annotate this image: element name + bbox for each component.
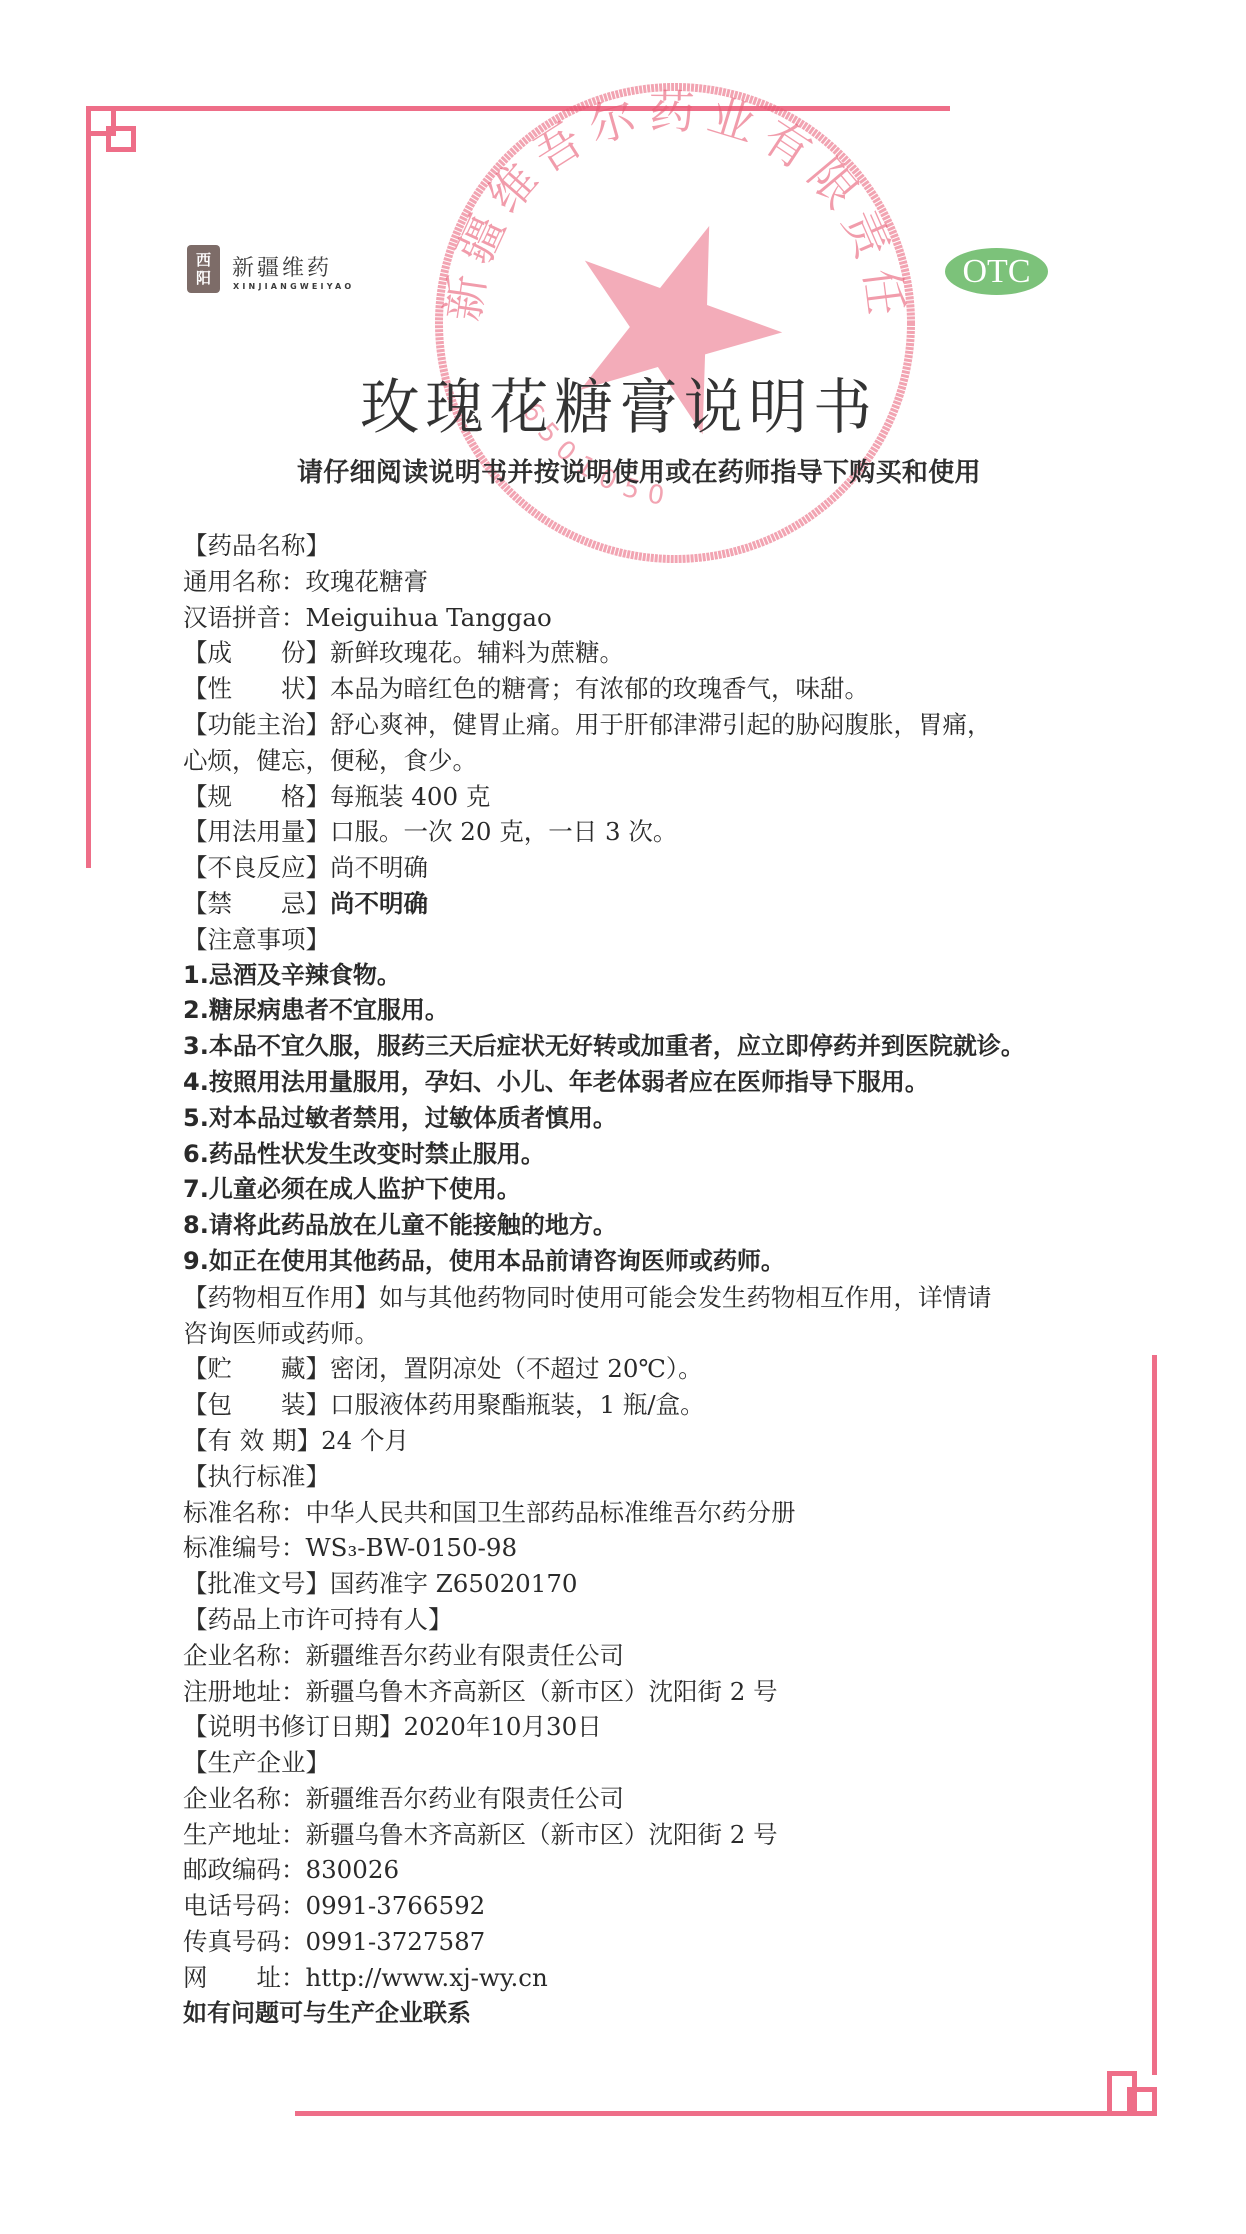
precaution-item-8: 8.请将此药品放在儿童不能接触的地方。 <box>183 1208 1113 1244</box>
document-title: 玫瑰花糖膏说明书 <box>352 360 886 446</box>
precaution-item-7: 7.儿童必须在成人监护下使用。 <box>183 1172 1113 1208</box>
frame-left-line <box>86 106 91 868</box>
pinyin-line: 汉语拼音：Meiguihua Tanggao <box>183 600 1113 636</box>
ingredients-line: 【成 份】新鲜玫瑰花。辅料为蔗糖。 <box>183 635 1113 671</box>
section-drug-name-heading: 【药品名称】 <box>183 528 1113 564</box>
precaution-item-6: 6.药品性状发生改变时禁止服用。 <box>183 1137 1113 1173</box>
corner-ornament-bottom-right-inner <box>1127 2087 1157 2116</box>
standard-number-line: 标准编号：WS₃-BW-0150-98 <box>183 1530 1113 1566</box>
manufacturer-company-line: 企业名称：新疆维吾尔药业有限责任公司 <box>183 1781 1113 1817</box>
frame-right-line <box>1152 1355 1157 2075</box>
precaution-item-4: 4.按照用法用量服用，孕妇、小儿、年老体弱者应在医师指导下服用。 <box>183 1065 1113 1101</box>
manufacturer-heading: 【生产企业】 <box>183 1745 1113 1781</box>
manufacturer-address-line: 生产地址：新疆乌鲁木齐高新区（新市区）沈阳街 2 号 <box>183 1817 1113 1853</box>
otc-badge: OTC <box>945 248 1048 295</box>
indications-line-1: 【功能主治】舒心爽神，健胃止痛。用于肝郁津滞引起的胁闷腹胀，胃痛， <box>183 707 1113 743</box>
interactions-line-2: 咨询医师或药师。 <box>183 1316 1113 1352</box>
adverse-reactions-line: 【不良反应】尚不明确 <box>183 850 1113 886</box>
logo-glyph-top: 西 <box>196 251 211 269</box>
standard-name-line: 标准名称：中华人民共和国卫生部药品标准维吾尔药分册 <box>183 1495 1113 1531</box>
brand-name-cn: 新疆维药 <box>232 251 332 282</box>
shelf-life-line: 【有 效 期】24 个月 <box>183 1423 1113 1459</box>
precaution-item-5: 5.对本品过敏者禁用，过敏体质者慎用。 <box>183 1101 1113 1137</box>
indications-line-2: 心烦，健忘，便秘，食少。 <box>183 743 1113 779</box>
specification-line: 【规 格】每瓶装 400 克 <box>183 779 1113 815</box>
contraindications-line: 【禁 忌】尚不明确 <box>183 886 1113 922</box>
company-seal-stamp: 新疆维吾尔药业有限责任公司 6501050 <box>432 80 918 566</box>
mah-address-line: 注册地址：新疆乌鲁木齐高新区（新市区）沈阳街 2 号 <box>183 1674 1113 1710</box>
phone-line: 电话号码：0991-3766592 <box>183 1888 1113 1924</box>
fax-line: 传真号码：0991-3727587 <box>183 1924 1113 1960</box>
dosage-line: 【用法用量】口服。一次 20 克，一日 3 次。 <box>183 814 1113 850</box>
generic-name-line: 通用名称：玫瑰花糖膏 <box>183 564 1113 600</box>
contraindications-label: 【禁 忌】 <box>183 889 330 918</box>
brand-logo-icon: 西 阳 <box>187 245 220 293</box>
document-subtitle: 请仔细阅读说明书并按说明使用或在药师指导下购买和使用 <box>297 452 953 489</box>
interactions-line-1: 【药物相互作用】如与其他药物同时使用可能会发生药物相互作用，详情请 <box>183 1280 1113 1316</box>
corner-ornament-top-left-inner <box>106 126 136 152</box>
precaution-item-3: 3.本品不宜久服，服药三天后症状无好转或加重者，应立即停药并到医院就诊。 <box>183 1029 1113 1065</box>
contraindications-value: 尚不明确 <box>330 889 428 918</box>
precaution-item-2: 2.糖尿病患者不宜服用。 <box>183 993 1113 1029</box>
mah-heading: 【药品上市许可持有人】 <box>183 1602 1113 1638</box>
description-line: 【性 状】本品为暗红色的糖膏；有浓郁的玫瑰香气，味甜。 <box>183 671 1113 707</box>
precaution-item-9: 9.如正在使用其他药品，使用本品前请咨询医师或药师。 <box>183 1244 1113 1280</box>
packaging-line: 【包 装】口服液体药用聚酯瓶装，1 瓶/盒。 <box>183 1387 1113 1423</box>
standard-heading: 【执行标准】 <box>183 1459 1113 1495</box>
leaflet-body: 【药品名称】 通用名称：玫瑰花糖膏 汉语拼音：Meiguihua Tanggao… <box>183 528 1113 2031</box>
website-line[interactable]: 网 址：http://www.xj-wy.cn <box>183 1960 1113 1996</box>
storage-line: 【贮 藏】密闭，置阴凉处（不超过 20℃）。 <box>183 1351 1113 1387</box>
frame-bottom-line <box>295 2111 1113 2116</box>
brand-name-en: XINJIANGWEIYAO <box>233 282 354 291</box>
logo-glyph-bottom: 阳 <box>196 269 211 287</box>
precaution-item-1: 1.忌酒及辛辣食物。 <box>183 958 1113 994</box>
precautions-heading: 【注意事项】 <box>183 922 1113 958</box>
mah-company-line: 企业名称：新疆维吾尔药业有限责任公司 <box>183 1638 1113 1674</box>
approval-number-line: 【批准文号】国药准字 Z65020170 <box>183 1566 1113 1602</box>
postal-code-line: 邮政编码：830026 <box>183 1852 1113 1888</box>
contact-note: 如有问题可与生产企业联系 <box>183 1996 1113 2032</box>
revision-date-line: 【说明书修订日期】2020年10月30日 <box>183 1709 1113 1745</box>
